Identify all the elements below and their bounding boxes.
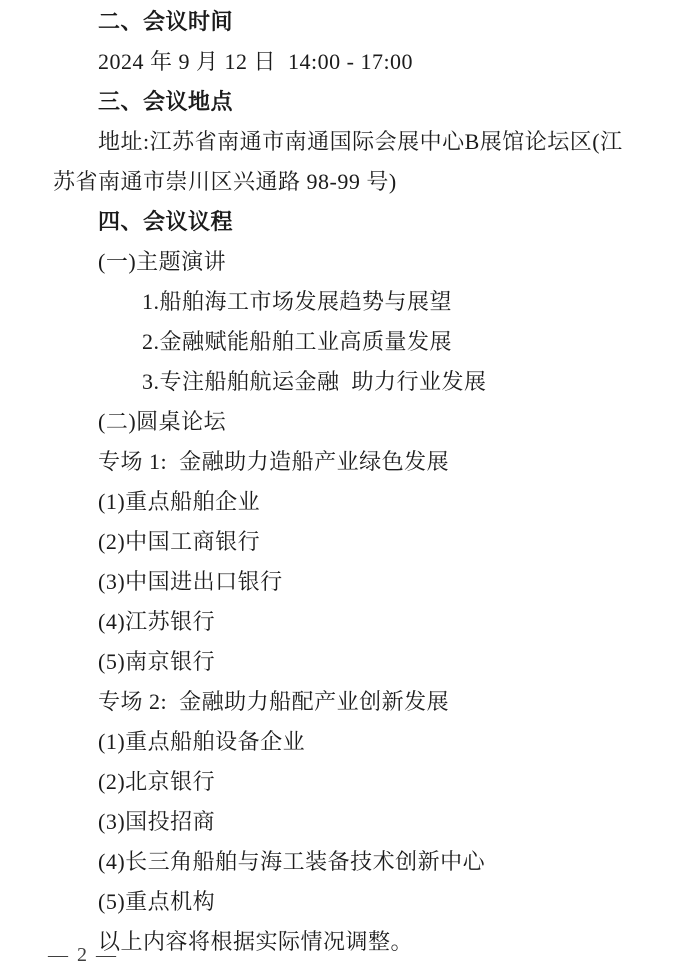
keynote-topic-3: 3.专注船舶航运金融 助力行业发展 bbox=[53, 362, 665, 402]
session-1-title: 专场 1: 金融助力造船产业绿色发展 bbox=[53, 442, 665, 482]
meeting-datetime: 2024 年 9 月 12 日 14:00 - 17:00 bbox=[53, 42, 665, 82]
document-page: 二、会议时间 2024 年 9 月 12 日 14:00 - 17:00 三、会… bbox=[0, 0, 685, 977]
page-number: — 2 — bbox=[48, 944, 118, 967]
venue-address-line-2: 苏省南通市崇川区兴通路 98-99 号) bbox=[53, 162, 665, 202]
document-body: 二、会议时间 2024 年 9 月 12 日 14:00 - 17:00 三、会… bbox=[53, 2, 665, 962]
session-2-participant-2: (2)北京银行 bbox=[53, 762, 665, 802]
keynote-topic-2: 2.金融赋能船舶工业高质量发展 bbox=[53, 322, 665, 362]
keynote-topic-1: 1.船舶海工市场发展趋势与展望 bbox=[53, 282, 665, 322]
agenda-part-2-label: (二)圆桌论坛 bbox=[53, 402, 665, 442]
session-1-participant-5: (5)南京银行 bbox=[53, 642, 665, 682]
session-1-participant-3: (3)中国进出口银行 bbox=[53, 562, 665, 602]
heading-meeting-agenda: 四、会议议程 bbox=[53, 202, 665, 242]
adjustment-note: 以上内容将根据实际情况调整。 bbox=[53, 922, 665, 962]
session-2-title: 专场 2: 金融助力船配产业创新发展 bbox=[53, 682, 665, 722]
heading-meeting-venue: 三、会议地点 bbox=[53, 82, 665, 122]
session-2-participant-1: (1)重点船舶设备企业 bbox=[53, 722, 665, 762]
session-1-participant-2: (2)中国工商银行 bbox=[53, 522, 665, 562]
session-1-participant-1: (1)重点船舶企业 bbox=[53, 482, 665, 522]
venue-address-line-1: 地址:江苏省南通市南通国际会展中心B展馆论坛区(江 bbox=[53, 122, 665, 162]
session-1-participant-4: (4)江苏银行 bbox=[53, 602, 665, 642]
agenda-part-1-label: (一)主题演讲 bbox=[53, 242, 665, 282]
session-2-participant-5: (5)重点机构 bbox=[53, 882, 665, 922]
session-2-participant-4: (4)长三角船舶与海工装备技术创新中心 bbox=[53, 842, 665, 882]
heading-meeting-time: 二、会议时间 bbox=[53, 2, 665, 42]
session-2-participant-3: (3)国投招商 bbox=[53, 802, 665, 842]
